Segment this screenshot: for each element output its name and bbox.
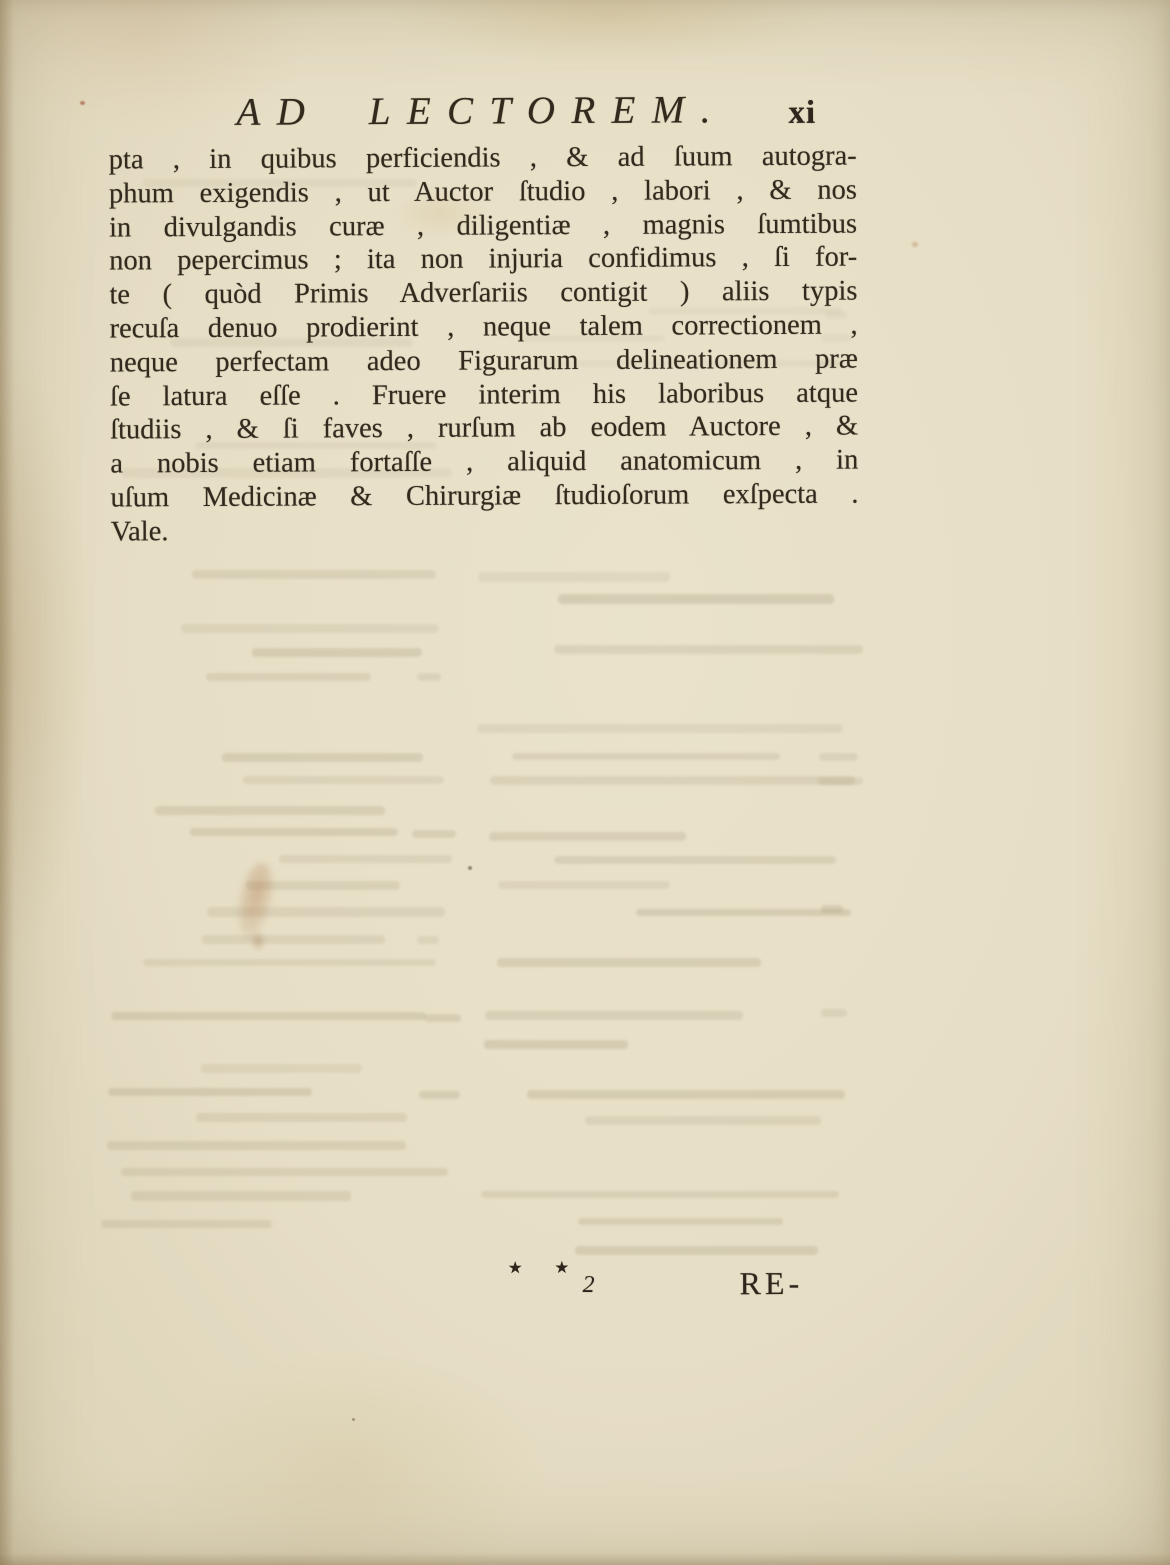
book-page-scan: AD LECTOREM. xi pta , in quibus perficie… — [0, 0, 1170, 1565]
page-edge-shadow — [0, 1553, 1170, 1565]
page-edge-shadow — [0, 0, 14, 1565]
page-footer: ★ ★ 2 RE- — [0, 0, 1170, 1565]
catchword: RE- — [740, 1265, 804, 1302]
signature-numeral: 2 — [583, 1272, 595, 1299]
page-content: AD LECTOREM. xi pta , in quibus perficie… — [0, 0, 1170, 1565]
signature-stars: ★ ★ — [507, 1258, 582, 1278]
